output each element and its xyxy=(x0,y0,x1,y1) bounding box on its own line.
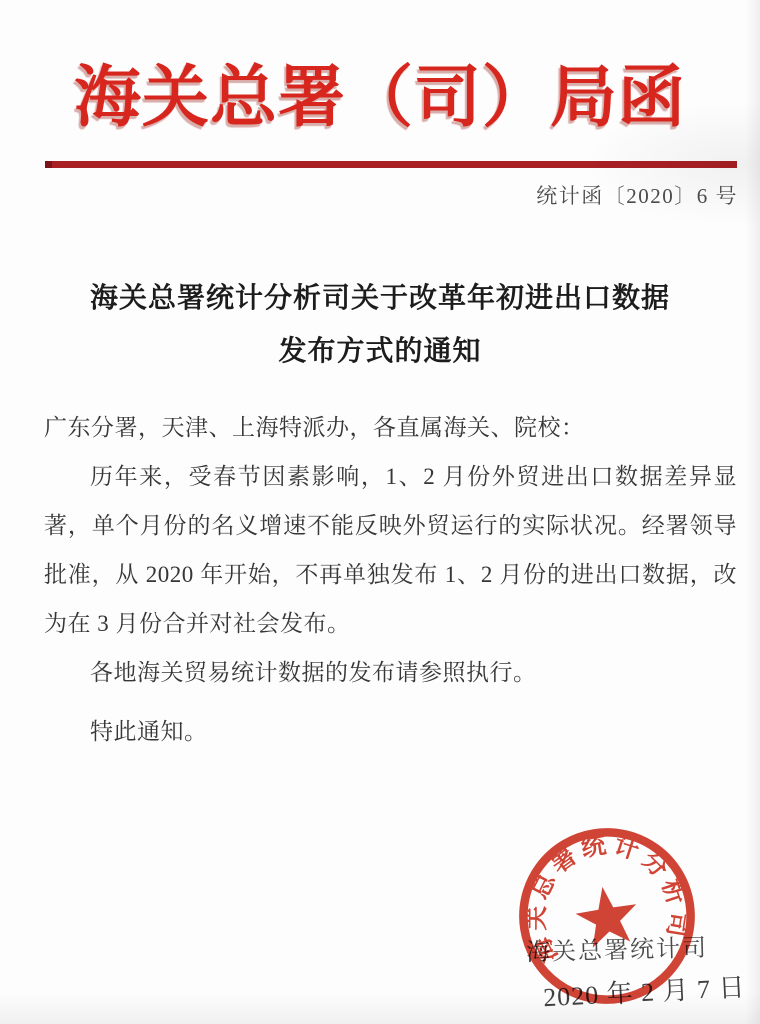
paragraph-closing: 特此通知。 xyxy=(44,707,737,756)
red-divider-line xyxy=(45,161,737,168)
paragraph-main: 历年来，受春节因素影响，1、2 月份外贸进出口数据差异显著，单个月份的名义增速不… xyxy=(44,452,737,648)
salutation: 广东分署，天津、上海特派办，各直属海关、院校： xyxy=(44,403,737,452)
doc-number: 统计函〔2020〕6 号 xyxy=(536,180,738,210)
letterhead-title: 海关总署（司）局函 xyxy=(0,44,760,140)
notice-body: 广东分署，天津、上海特派办，各直属海关、院校： 历年来，受春节因素影响，1、2 … xyxy=(44,403,737,756)
signature-date: 2020 年 2 月 7 日 xyxy=(543,967,747,1015)
notice-title-line2: 发布方式的通知 xyxy=(0,325,760,378)
paragraph-instruction: 各地海关贸易统计数据的发布请参照执行。 xyxy=(44,648,737,697)
document-page: 海关总署（司）局函 统计函〔2020〕6 号 海关总署统计分析司关于改革年初进出… xyxy=(0,0,760,1024)
notice-title: 海关总署统计分析司关于改革年初进出口数据 发布方式的通知 xyxy=(0,272,760,378)
notice-title-line1: 海关总署统计分析司关于改革年初进出口数据 xyxy=(0,272,760,325)
signature-department: 海关总署统计司 xyxy=(526,928,709,968)
